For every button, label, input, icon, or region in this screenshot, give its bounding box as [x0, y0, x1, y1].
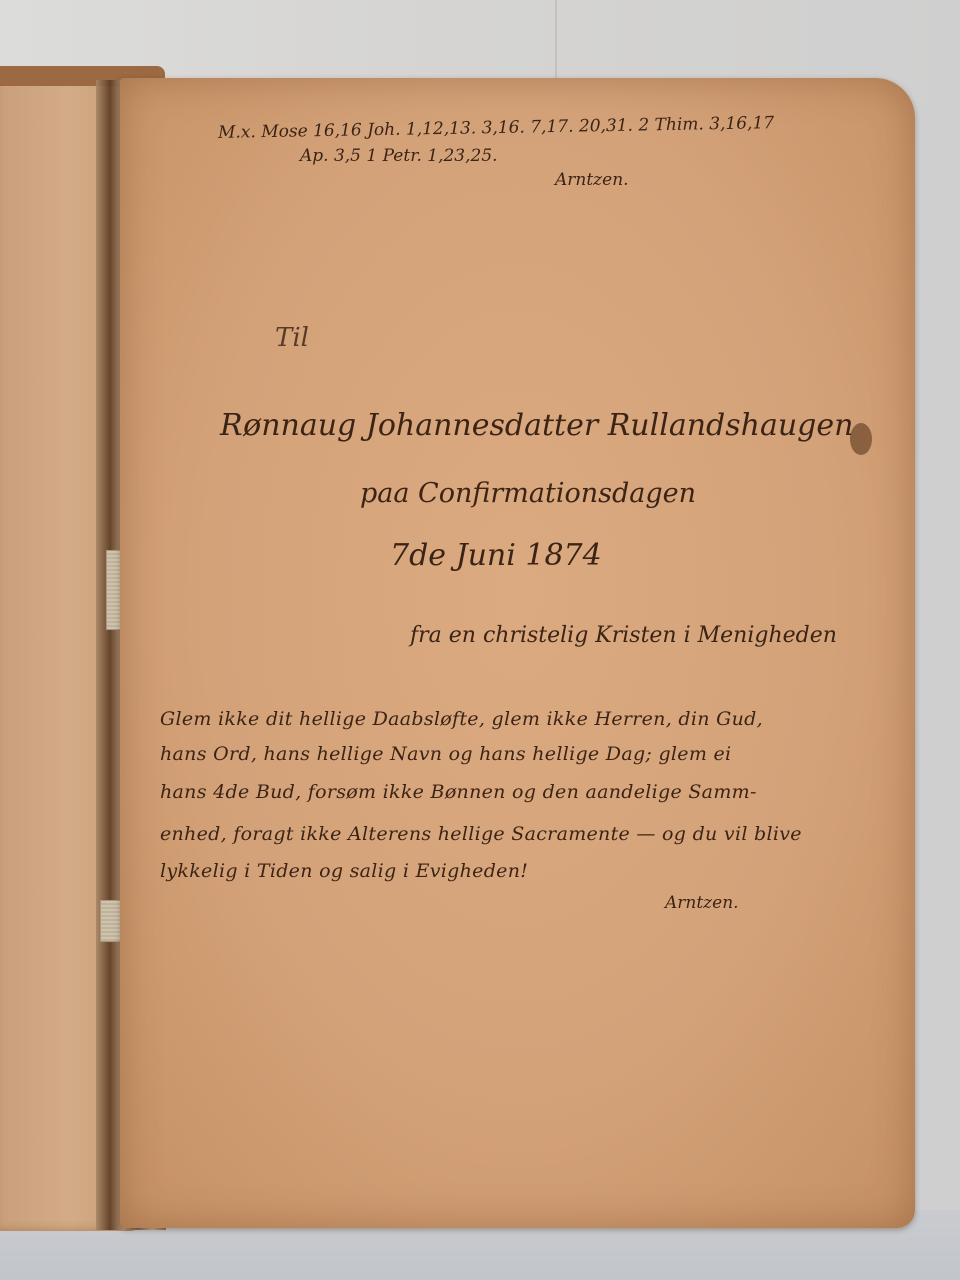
dedication-to: Til [275, 323, 309, 353]
message-line: enhed, foragt ikke Alterens hellige Sacr… [160, 823, 802, 845]
message-signature: Arntzen. [665, 893, 739, 913]
occasion: paa Confirmationsdagen [360, 478, 696, 509]
message-line: Glem ikke dit hellige Daabsløfte, glem i… [160, 708, 763, 730]
dedication-from: fra en christelig Kristen i Menigheden [410, 623, 837, 648]
flyleaf-page: M.x. Mose 16,16 Joh. 1,12,13. 3,16. 7,17… [120, 78, 915, 1228]
scripture-references-line-1: M.x. Mose 16,16 Joh. 1,12,13. 3,16. 7,17… [218, 113, 774, 143]
message-line: lykkelig i Tiden og salig i Evigheden! [160, 860, 528, 882]
scripture-references-line-2: Ap. 3,5 1 Petr. 1,23,25. [300, 146, 498, 166]
confirmation-date: 7de Juni 1874 [390, 538, 602, 573]
references-signature: Arntzen. [555, 170, 629, 190]
message-line: hans Ord, hans hellige Navn og hans hell… [160, 743, 731, 765]
message-line: hans 4de Bud, forsøm ikke Bønnen og den … [160, 781, 757, 803]
recipient-name: Rønnaug Johannesdatter Rullandshaugen [220, 408, 853, 443]
